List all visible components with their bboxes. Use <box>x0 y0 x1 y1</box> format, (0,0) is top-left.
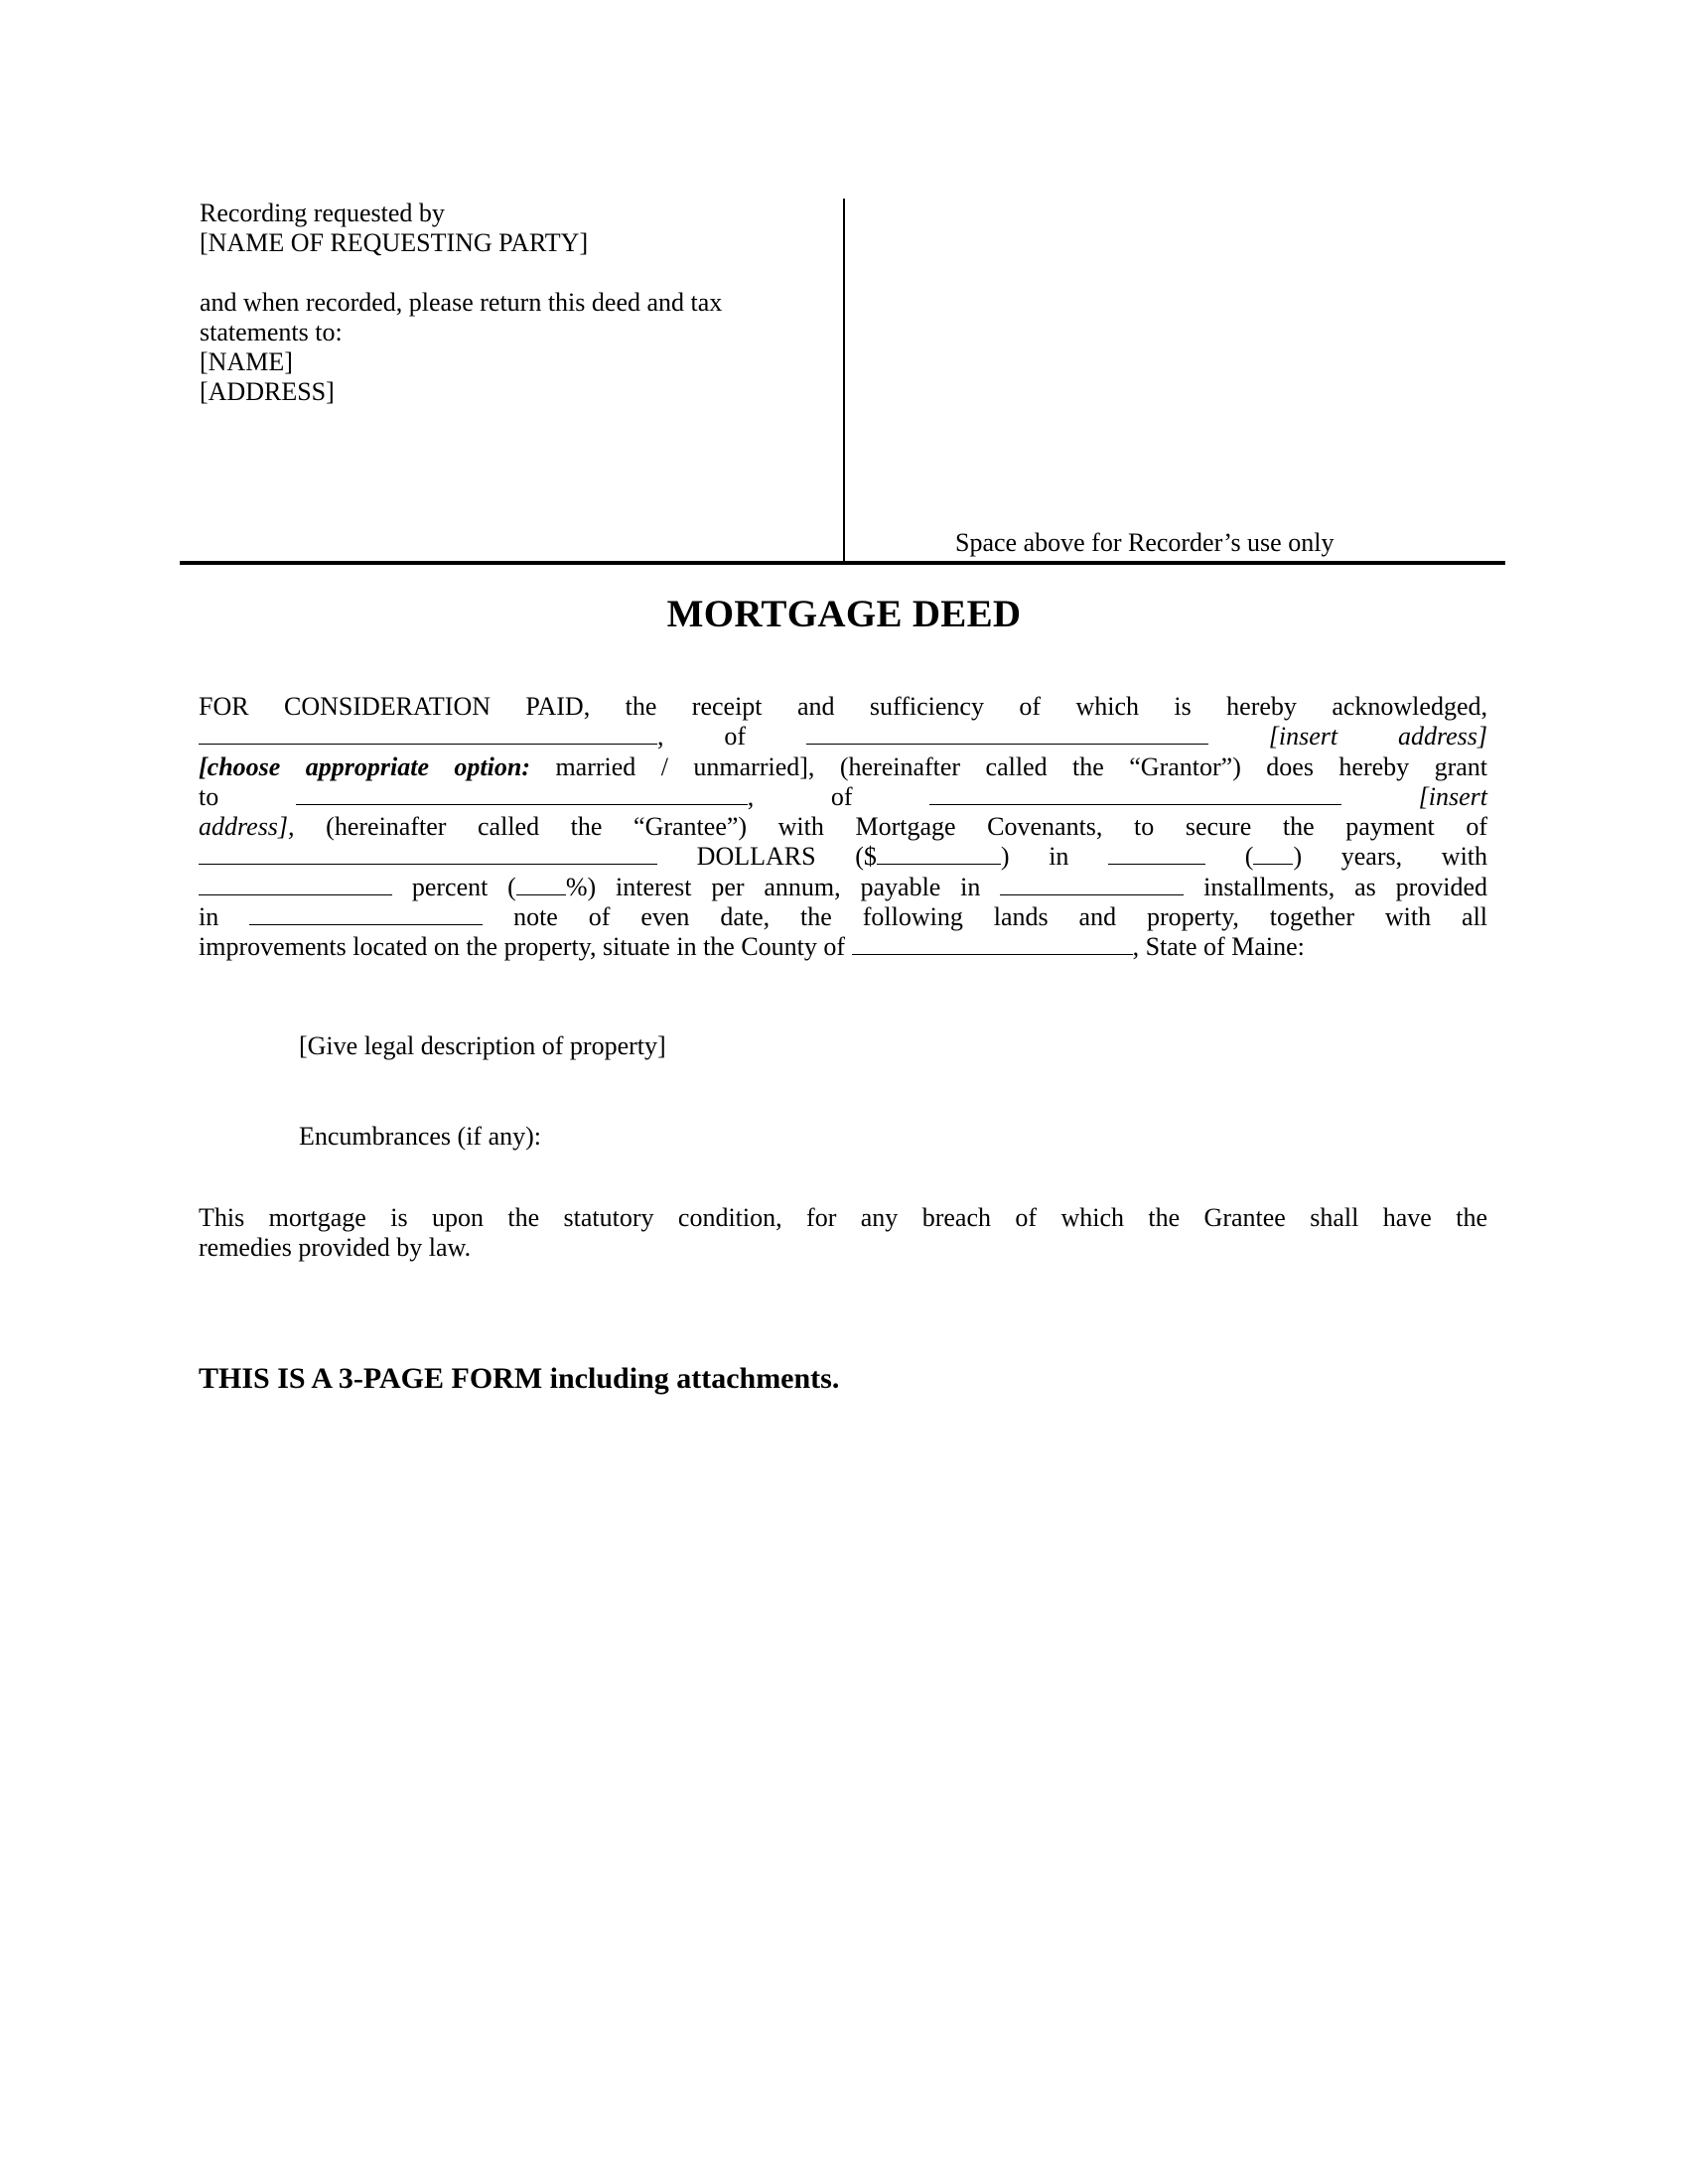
recorder-use-note: Space above for Recorder’s use only <box>955 528 1334 558</box>
amount-figures-blank[interactable] <box>877 842 1001 865</box>
paragraph-line: This mortgage is upon the statutory cond… <box>199 1203 1487 1233</box>
return-instructions-line1: and when recorded, please return this de… <box>200 288 722 318</box>
grantee-covenants-text: (hereinafter called the “Grantee”) with … <box>326 812 1487 841</box>
paragraph-line: improvements located on the property, si… <box>199 932 1487 962</box>
insert-address-hint: [insert <box>1419 782 1487 811</box>
amount-words-blank[interactable] <box>199 842 657 865</box>
paragraph-line: percent (%) interest per annum, payable … <box>199 873 1487 902</box>
insert-address-hint: [insert address] <box>1269 722 1487 751</box>
statutory-condition-paragraph: This mortgage is upon the statutory cond… <box>199 1203 1487 1264</box>
dollars-text: DOLLARS ($ <box>697 842 877 871</box>
return-name-field: [NAME] <box>200 347 293 377</box>
term-figures-blank[interactable] <box>1253 842 1293 865</box>
return-instructions-line2: statements to: <box>200 318 343 347</box>
grantee-name-blank[interactable] <box>296 782 748 805</box>
installment-frequency-blank[interactable] <box>1000 873 1184 895</box>
years-text: ) years, with <box>1293 842 1487 871</box>
paragraph-line: [choose appropriate option: married / un… <box>199 752 1487 782</box>
county-blank[interactable] <box>852 932 1133 955</box>
paren-text: ( <box>1245 842 1254 871</box>
interest-rate-words-blank[interactable] <box>199 873 392 895</box>
in-text: ) in <box>1001 842 1069 871</box>
note-type-blank[interactable] <box>249 902 483 925</box>
marital-status-text: married / unmarried], (hereinafter calle… <box>555 752 1487 781</box>
grantor-name-blank[interactable] <box>199 722 657 745</box>
interest-rate-figures-blank[interactable] <box>516 873 566 895</box>
paragraph-line: remedies provided by law. <box>199 1233 1487 1263</box>
paragraph-line: address], (hereinafter called the “Grant… <box>199 812 1487 842</box>
paragraph-line: FOR CONSIDERATION PAID, the receipt and … <box>199 692 1487 722</box>
grantor-address-blank[interactable] <box>806 722 1208 745</box>
choose-option-hint: [choose appropriate option: <box>199 752 530 781</box>
interest-text: %) interest per annum, payable in <box>566 873 981 901</box>
consideration-paragraph: FOR CONSIDERATION PAID, the receipt and … <box>199 692 1487 963</box>
installments-text: installments, as provided <box>1203 873 1487 901</box>
paragraph-line: to , of [insert <box>199 782 1487 812</box>
of-text: , of <box>748 782 853 811</box>
paragraph-line: , of [insert address] <box>199 722 1487 751</box>
county-text: improvements located on the property, si… <box>199 932 845 961</box>
document-title: MORTGAGE DEED <box>0 592 1688 636</box>
grantee-address-blank[interactable] <box>929 782 1341 805</box>
in-text: in <box>199 902 218 931</box>
form-page-count-note: THIS IS A 3-PAGE FORM including attachme… <box>199 1362 839 1396</box>
legal-description-placeholder: [Give legal description of property] <box>299 1031 666 1061</box>
requesting-party-field: [NAME OF REQUESTING PARTY] <box>200 228 588 258</box>
paragraph-line: DOLLARS ($) in () years, with <box>199 842 1487 872</box>
recording-requested-label: Recording requested by <box>200 199 445 228</box>
paragraph-line: in note of even date, the following land… <box>199 902 1487 932</box>
percent-text: percent ( <box>412 873 516 901</box>
recorder-divider-vertical <box>843 199 845 563</box>
recorder-divider-horizontal <box>180 561 1505 565</box>
of-text: , of <box>657 722 746 751</box>
return-address-field: [ADDRESS] <box>200 377 335 407</box>
term-words-blank[interactable] <box>1108 842 1205 865</box>
encumbrances-label: Encumbrances (if any): <box>299 1122 541 1152</box>
lands-property-text: note of even date, the following lands a… <box>513 902 1487 931</box>
to-text: to <box>199 782 218 811</box>
state-text: , State of Maine: <box>1133 932 1305 961</box>
insert-address-hint-cont: address], <box>199 812 295 841</box>
consideration-text: FOR CONSIDERATION PAID, the receipt and … <box>199 692 1487 721</box>
